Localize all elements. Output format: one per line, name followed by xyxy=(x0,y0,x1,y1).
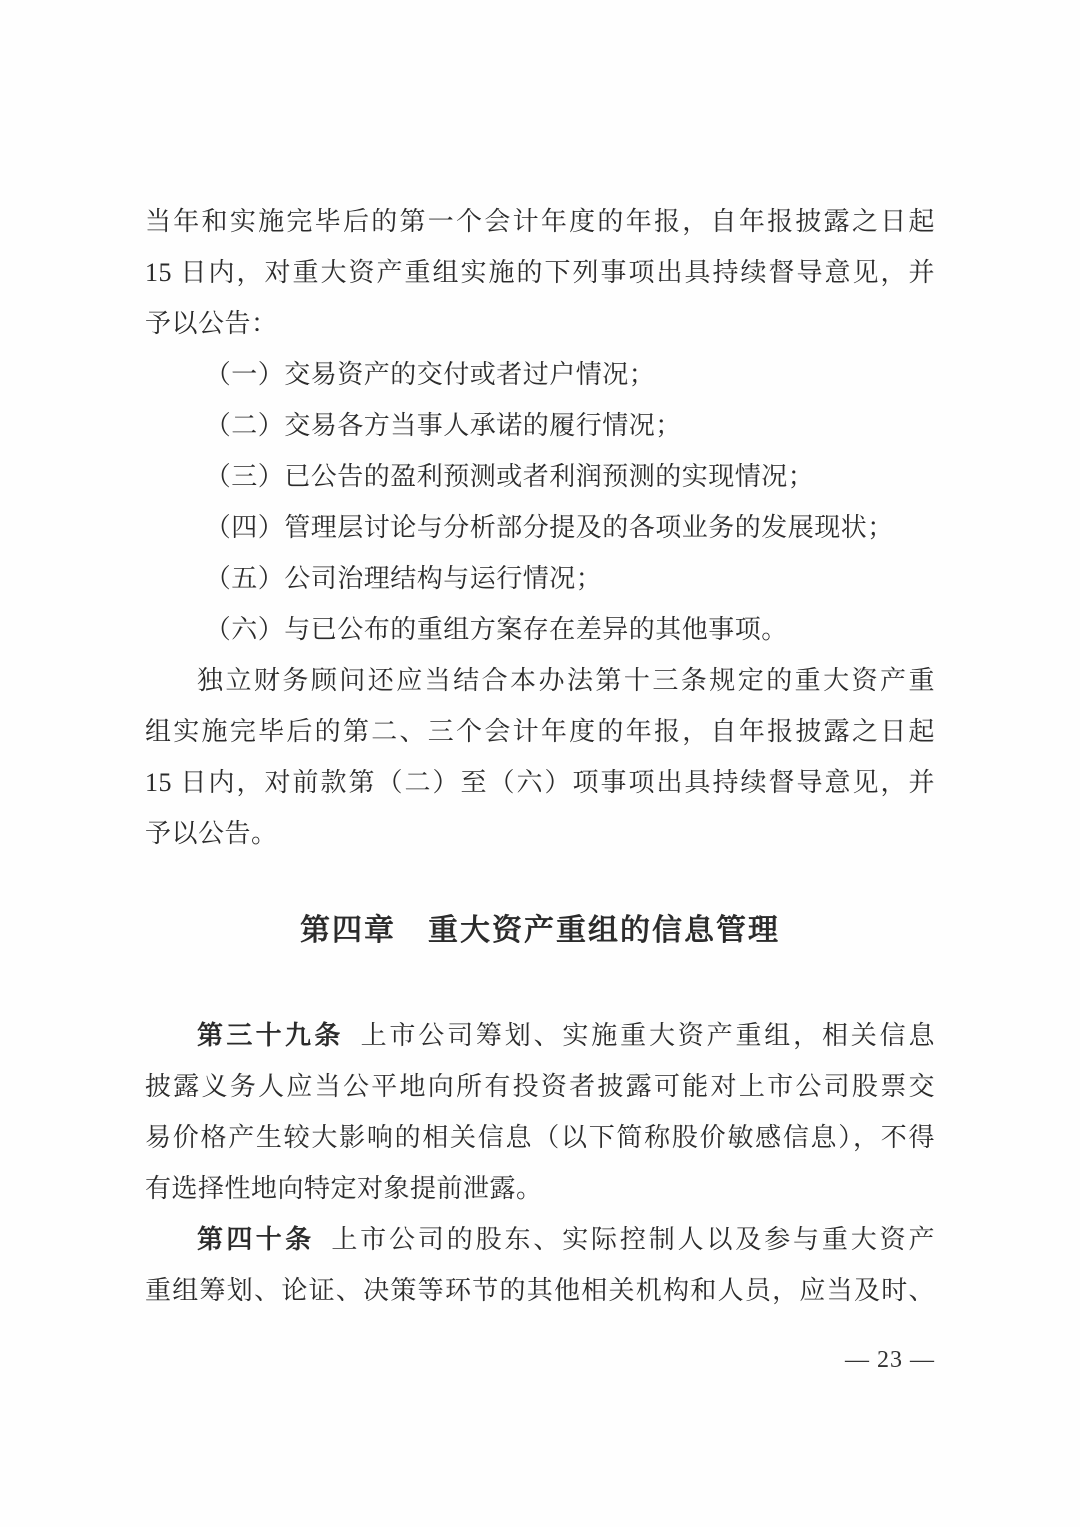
list-item: （三）已公告的盈利预测或者利润预测的实现情况； xyxy=(145,451,935,502)
document-page: 当年和实施完毕后的第一个会计年度的年报，自年报披露之日起15 日内，对重大资产重… xyxy=(0,0,1080,1527)
chapter-heading: 第四章 重大资产重组的信息管理 xyxy=(145,905,935,956)
text-line: 予以公告： xyxy=(145,298,935,349)
paragraph: 独立财务顾问还应当结合本办法第十三条规定的重大资产重组实施完毕后的第二、三个会计… xyxy=(145,655,935,859)
text-line: 组实施完毕后的第二、三个会计年度的年报，自年报披露之日起 xyxy=(145,706,935,757)
text-line: 独立财务顾问还应当结合本办法第十三条规定的重大资产重 xyxy=(145,655,935,706)
text-line: 第三十九条上市公司筹划、实施重大资产重组，相关信息 xyxy=(145,1010,935,1061)
text-line: 当年和实施完毕后的第一个会计年度的年报，自年报披露之日起 xyxy=(145,196,935,247)
paragraph: 当年和实施完毕后的第一个会计年度的年报，自年报披露之日起15 日内，对重大资产重… xyxy=(145,196,935,349)
list-item: （四）管理层讨论与分析部分提及的各项业务的发展现状； xyxy=(145,502,935,553)
text-line: 有选择性地向特定对象提前泄露。 xyxy=(145,1163,935,1214)
list-item: （五）公司治理结构与运行情况； xyxy=(145,553,935,604)
paragraph: 第四十条上市公司的股东、实际控制人以及参与重大资产重组筹划、论证、决策等环节的其… xyxy=(145,1214,935,1316)
text-line: 15 日内，对前款第（二）至（六）项事项出具持续督导意见，并 xyxy=(145,757,935,808)
article-number: 第四十条 xyxy=(197,1224,314,1254)
page-body: 当年和实施完毕后的第一个会计年度的年报，自年报披露之日起15 日内，对重大资产重… xyxy=(145,196,935,1316)
text-line: 重组筹划、论证、决策等环节的其他相关机构和人员，应当及时、 xyxy=(145,1265,935,1316)
article-number: 第三十九条 xyxy=(197,1020,344,1050)
page-number: — 23 — xyxy=(845,1345,935,1375)
paragraph: 第三十九条上市公司筹划、实施重大资产重组，相关信息披露义务人应当公平地向所有投资… xyxy=(145,1010,935,1214)
text-line: 易价格产生较大影响的相关信息（以下简称股价敏感信息），不得 xyxy=(145,1112,935,1163)
list-item: （六）与已公布的重组方案存在差异的其他事项。 xyxy=(145,604,935,655)
text-line: 披露义务人应当公平地向所有投资者披露可能对上市公司股票交 xyxy=(145,1061,935,1112)
list-item: （一）交易资产的交付或者过户情况； xyxy=(145,349,935,400)
text-line: 予以公告。 xyxy=(145,808,935,859)
text-line: 第四十条上市公司的股东、实际控制人以及参与重大资产 xyxy=(145,1214,935,1265)
list-item: （二）交易各方当事人承诺的履行情况； xyxy=(145,400,935,451)
text-line: 15 日内，对重大资产重组实施的下列事项出具持续督导意见，并 xyxy=(145,247,935,298)
